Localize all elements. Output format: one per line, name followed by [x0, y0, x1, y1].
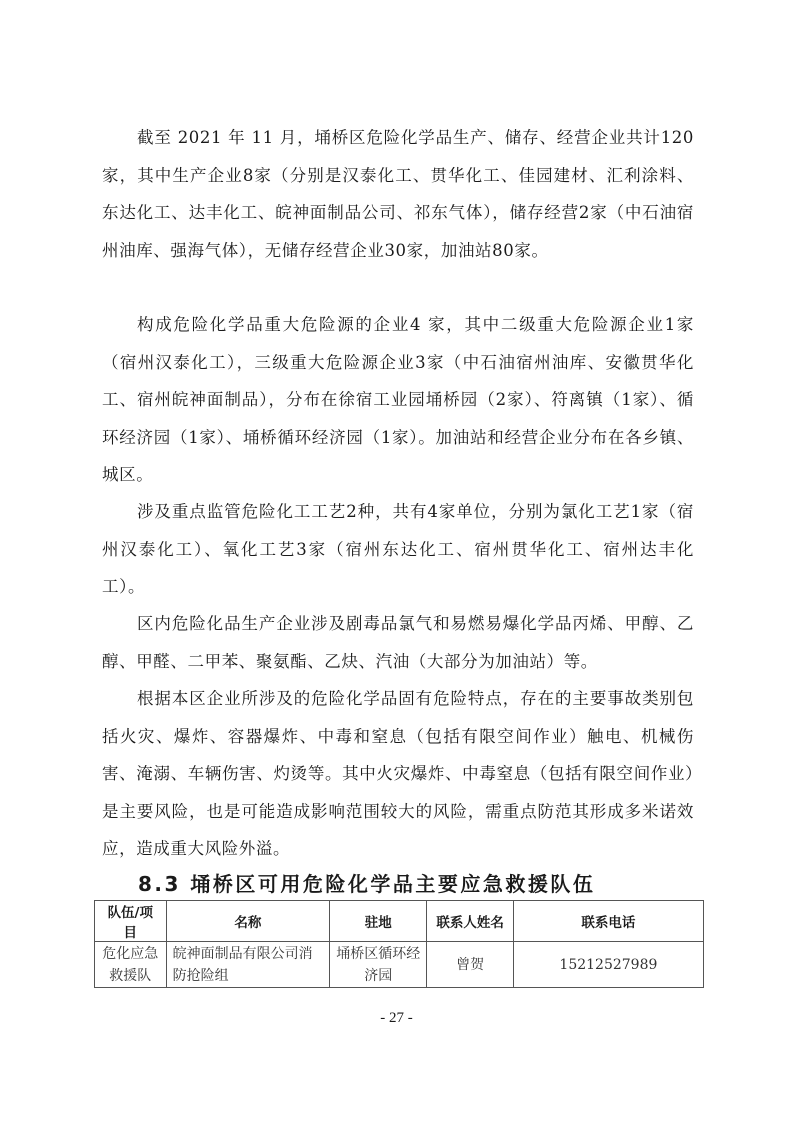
- document-page: 截至 2021 年 11 月，埇桥区危险化学品生产、储存、经营企业共计120家，…: [0, 0, 793, 1122]
- table-header-row: 队伍/项目 名称 驻地 联系人姓名 联系电话: [95, 901, 704, 942]
- header-team-type: 队伍/项目: [95, 901, 167, 942]
- paragraph-chemicals-involved: 区内危险化品生产企业涉及剧毒品氯气和易燃易爆化学品丙烯、甲醇、乙醇、甲醛、二甲苯…: [102, 605, 694, 680]
- paragraph-major-hazard-sources: 构成危险化学品重大危险源的企业4 家，其中二级重大危险源企业1家（宿州汉泰化工）…: [102, 306, 694, 494]
- cell-contact-phone: 15212527989: [513, 942, 703, 988]
- header-name: 名称: [166, 901, 330, 942]
- page-number: - 27 -: [0, 1010, 793, 1027]
- section-heading: 8.3 埇桥区可用危险化学品主要应急救援队伍: [138, 868, 595, 897]
- cell-contact-name: 曾贺: [427, 942, 513, 988]
- paragraph-hazardous-processes: 涉及重点监管危险化工工艺2种，共有4家单位，分别为氯化工艺1家（宿州汉泰化工）、…: [102, 493, 694, 606]
- paragraph-enterprise-count: 截至 2021 年 11 月，埇桥区危险化学品生产、储存、经营企业共计120家，…: [102, 119, 694, 269]
- cell-name: 皖神面制品有限公司消防抢险组: [166, 942, 330, 988]
- header-contact-name: 联系人姓名: [427, 901, 513, 942]
- header-contact-phone: 联系电话: [513, 901, 703, 942]
- cell-location: 埇桥区循环经济园: [330, 942, 427, 988]
- paragraph-accident-types: 根据本区企业所涉及的危险化学品固有危险特点，存在的主要事故类别包括火灾、爆炸、容…: [102, 680, 694, 868]
- cell-team-type: 危化应急救援队: [95, 942, 167, 988]
- table-row: 危化应急救援队 皖神面制品有限公司消防抢险组 埇桥区循环经济园 曾贺 15212…: [95, 942, 704, 988]
- header-location: 驻地: [330, 901, 427, 942]
- rescue-team-table: 队伍/项目 名称 驻地 联系人姓名 联系电话 危化应急救援队 皖神面制品有限公司…: [94, 900, 704, 988]
